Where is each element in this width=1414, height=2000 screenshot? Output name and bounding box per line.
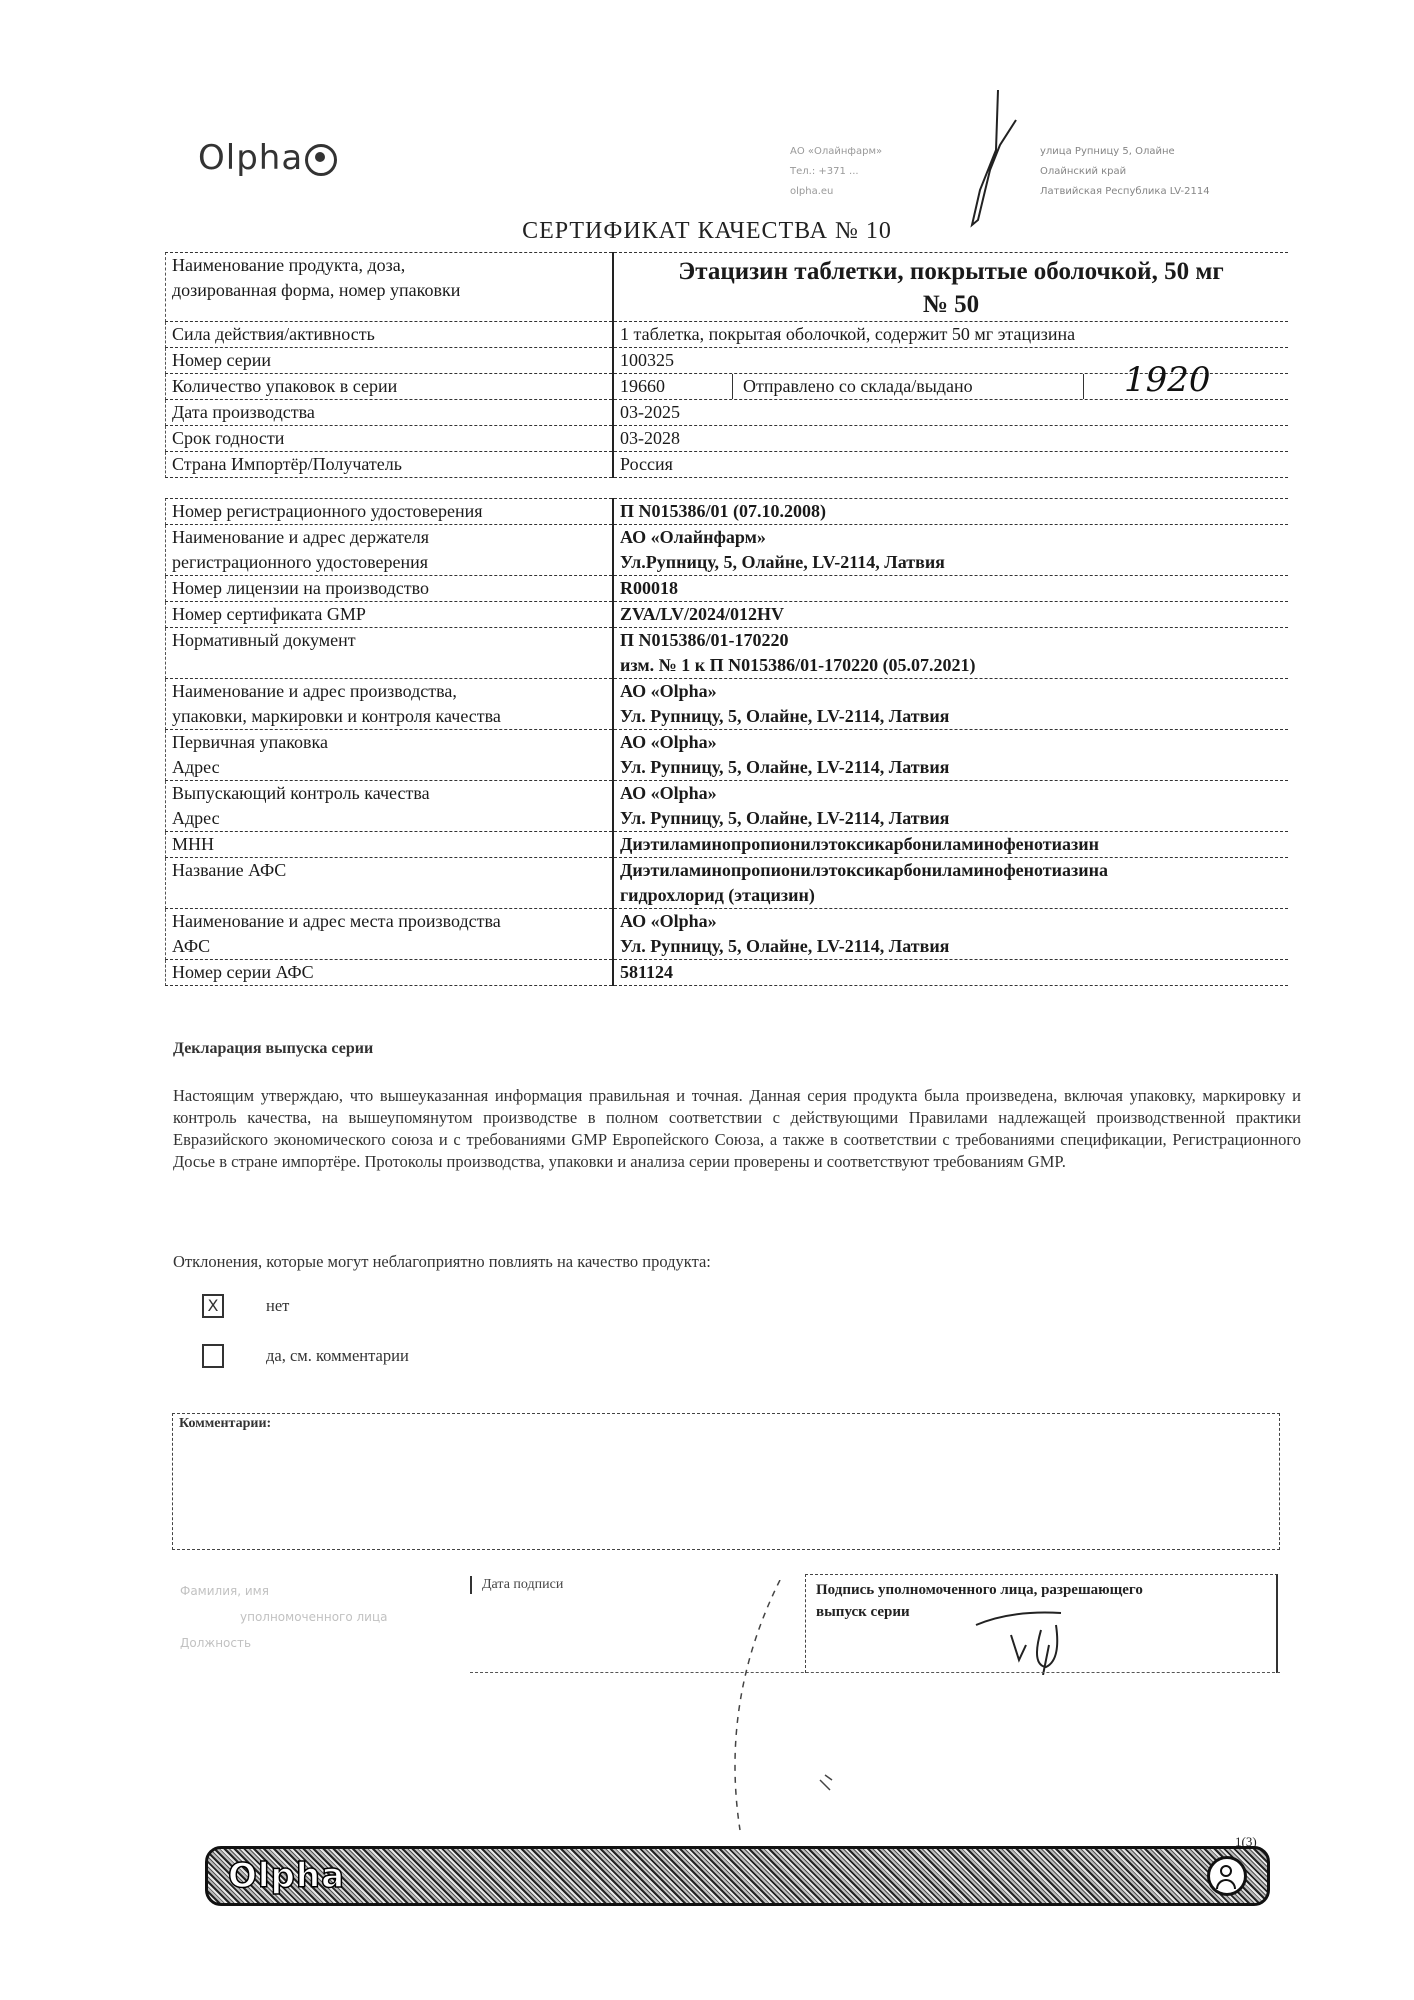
- logo-text: Olpha: [198, 138, 303, 178]
- cell-label-line: Наименование и адрес места производства: [172, 909, 606, 934]
- cell-label: Номер сертификата GMP: [166, 602, 614, 628]
- cell-value: АО «Olpha» Ул. Рупницу, 5, Олайне, LV-21…: [613, 679, 1288, 730]
- cell-value-line: 581124: [620, 960, 1282, 985]
- table-row: Название АФС Диэтиламинопропионилэтоксик…: [166, 858, 1289, 909]
- cell-label-line: Наименование и адрес производства,: [172, 679, 606, 704]
- table-row: Наименование и адрес держателя регистрац…: [166, 525, 1289, 576]
- cell-label-line: Наименование и адрес держателя: [172, 525, 606, 550]
- signer-name-block: Фамилия, имя уполномоченного лица Должно…: [180, 1578, 388, 1656]
- deviations-question: Отклонения, которые могут неблагоприятно…: [173, 1252, 711, 1272]
- cell-value: Диэтиламинопропионилэтоксикарбониламиноф…: [613, 858, 1288, 909]
- cell-value: № 50: [620, 288, 1282, 321]
- registration-info-table: Номер регистрационного удостоверения П N…: [165, 498, 1288, 986]
- handwritten-signature-icon: [971, 1605, 1091, 1675]
- cell-value-line: Диэтиламинопропионилэтоксикарбониламиноф…: [620, 858, 1282, 883]
- cell-label-line: АФС: [172, 934, 606, 959]
- declaration-title: Декларация выпуска серии: [173, 1040, 373, 1058]
- cell-value: АО «Olpha» Ул. Рупницу, 5, Олайне, LV-21…: [613, 730, 1288, 781]
- cell-label-line: Номер регистрационного удостоверения: [172, 499, 606, 524]
- cell-value: 03-2025: [613, 400, 1288, 426]
- cell-value: 03-2028: [613, 426, 1288, 452]
- cell-value-line: П N015386/01 (07.10.2008): [620, 499, 1282, 524]
- quantity-cell: 19660 Отправлено со склада/выдано 1920: [613, 374, 1288, 400]
- cell-label-line: Выпускающий контроль качества: [172, 781, 606, 806]
- cell-label: Номер серии: [166, 348, 614, 374]
- cell-label: дозированная форма, номер упаковки: [172, 278, 606, 303]
- table-row: Наименование и адрес производства, упако…: [166, 679, 1289, 730]
- comments-label: Комментарии:: [179, 1416, 271, 1432]
- table-row: Дата производства 03-2025: [166, 400, 1289, 426]
- header-address-line: Олайнский край: [1040, 162, 1210, 182]
- product-label-cell: Наименование продукта, доза, дозированна…: [166, 253, 614, 322]
- cell-value: АО «Олайнфарм» Ул.Рупницу, 5, Олайне, LV…: [613, 525, 1288, 576]
- signer-line: Фамилия, имя: [180, 1578, 388, 1604]
- user-icon: [1207, 1856, 1247, 1896]
- cell-value: R00018: [613, 576, 1288, 602]
- header-signature-icon: [960, 90, 1020, 230]
- cell-label-line: упаковки, маркировки и контроля качества: [172, 704, 606, 729]
- header-address-line: улица Рупницу 5, Олайне: [1040, 142, 1210, 162]
- cell-value: 1 таблетка, покрытая оболочкой, содержит…: [613, 322, 1288, 348]
- header-address-line: Латвийская Республика LV-2114: [1040, 182, 1210, 202]
- cell-label: Выпускающий контроль качества Адрес: [166, 781, 614, 832]
- deviation-option-yes[interactable]: да, см. комментарии: [202, 1344, 409, 1368]
- cell-label-line: регистрационного удостоверения: [172, 550, 606, 575]
- deviation-option-no[interactable]: X нет: [202, 1294, 289, 1318]
- cell-label-line: МНН: [172, 832, 606, 857]
- shipped-label: Отправлено со склада/выдано: [732, 374, 1084, 399]
- table-row: Выпускающий контроль качества Адрес АО «…: [166, 781, 1289, 832]
- cell-label: Наименование и адрес места производства …: [166, 909, 614, 960]
- cell-label-line: Номер сертификата GMP: [172, 602, 606, 627]
- cell-value-line: Ул. Рупницу, 5, Олайне, LV-2114, Латвия: [620, 806, 1282, 831]
- cell-label: Страна Импортёр/Получатель: [166, 452, 614, 478]
- cell-value-line: Ул. Рупницу, 5, Олайне, LV-2114, Латвия: [620, 934, 1282, 959]
- table-row: Количество упаковок в серии 19660 Отправ…: [166, 374, 1289, 400]
- cell-label-line: Нормативный документ: [172, 628, 606, 653]
- company-logo: Olpha: [198, 138, 337, 178]
- cell-label: Первичная упаковка Адрес: [166, 730, 614, 781]
- table-row: Номер серии АФС 581124: [166, 960, 1289, 986]
- signer-line: уполномоченного лица: [180, 1604, 388, 1630]
- cell-label: Наименование продукта, доза,: [172, 253, 606, 278]
- table-row: МНН Диэтиламинопропионилэтоксикарбонилам…: [166, 832, 1289, 858]
- cell-label: Сила действия/активность: [166, 322, 614, 348]
- cell-value: АО «Olpha» Ул. Рупницу, 5, Олайне, LV-21…: [613, 909, 1288, 960]
- option-label: да, см. комментарии: [266, 1346, 409, 1366]
- checkbox-checked-icon[interactable]: X: [202, 1294, 224, 1318]
- header-contact-line: olpha.eu: [790, 182, 882, 202]
- cell-label: Название АФС: [166, 858, 614, 909]
- comments-field[interactable]: Комментарии:: [172, 1413, 1280, 1550]
- cell-value-line: Диэтиламинопропионилэтоксикарбониламиноф…: [620, 832, 1282, 857]
- checkbox-empty-icon[interactable]: [202, 1344, 224, 1368]
- cell-label: Номер серии АФС: [166, 960, 614, 986]
- product-info-table: Наименование продукта, доза, дозированна…: [165, 252, 1288, 478]
- cell-label: Номер лицензии на производство: [166, 576, 614, 602]
- table-row: Срок годности 03-2028: [166, 426, 1289, 452]
- table-row: Номер лицензии на производство R00018: [166, 576, 1289, 602]
- cell-value: Этацизин таблетки, покрытые оболочкой, 5…: [620, 255, 1282, 288]
- table-row: Номер сертификата GMP ZVA/LV/2024/012HV: [166, 602, 1289, 628]
- cell-value-line: Ул. Рупницу, 5, Олайне, LV-2114, Латвия: [620, 755, 1282, 780]
- cell-label: МНН: [166, 832, 614, 858]
- cell-label: Нормативный документ: [166, 628, 614, 679]
- cell-value-line: Ул.Рупницу, 5, Олайне, LV-2114, Латвия: [620, 550, 1282, 575]
- footer-banner: Olpha: [205, 1846, 1270, 1906]
- cell-value-line: АО «Olpha»: [620, 730, 1282, 755]
- header-contact-block: АО «Олайнфарм» Тел.: +371 ... olpha.eu: [790, 142, 882, 202]
- cell-label-line: Первичная упаковка: [172, 730, 606, 755]
- cell-label-line: Адрес: [172, 755, 606, 780]
- cell-value-line: гидрохлорид (этацизин): [620, 883, 1282, 908]
- cell-value-line: АО «Олайнфарм»: [620, 525, 1282, 550]
- header-address-block: улица Рупницу 5, Олайне Олайнский край Л…: [1040, 142, 1210, 202]
- cell-label: Номер регистрационного удостоверения: [166, 499, 614, 525]
- declaration-text: Настоящим утверждаю, что вышеуказанная и…: [173, 1085, 1301, 1173]
- header-contact-line: Тел.: +371 ...: [790, 162, 882, 182]
- table-row: Номер регистрационного удостоверения П N…: [166, 499, 1289, 525]
- cell-label-line: Номер лицензии на производство: [172, 576, 606, 601]
- product-value-cell: Этацизин таблетки, покрытые оболочкой, 5…: [613, 253, 1288, 322]
- footer-brand: Olpha: [228, 1856, 345, 1896]
- table-row: Первичная упаковка Адрес АО «Olpha» Ул. …: [166, 730, 1289, 781]
- table-row: Наименование и адрес места производства …: [166, 909, 1289, 960]
- cell-value: АО «Olpha» Ул. Рупницу, 5, Олайне, LV-21…: [613, 781, 1288, 832]
- cell-label: Наименование и адрес держателя регистрац…: [166, 525, 614, 576]
- cell-value: ZVA/LV/2024/012HV: [613, 602, 1288, 628]
- cell-value: 581124: [613, 960, 1288, 986]
- cell-value: П N015386/01-170220 изм. № 1 к П N015386…: [613, 628, 1288, 679]
- cell-label-line: Адрес: [172, 806, 606, 831]
- cell-value: Россия: [613, 452, 1288, 478]
- olpha-logo-mark-icon: [305, 144, 337, 176]
- cell-value: Диэтиламинопропионилэтоксикарбониламиноф…: [613, 832, 1288, 858]
- table-row: Наименование продукта, доза, дозированна…: [166, 253, 1289, 322]
- cell-value-line: Ул. Рупницу, 5, Олайне, LV-2114, Латвия: [620, 704, 1282, 729]
- cell-value-line: АО «Olpha»: [620, 909, 1282, 934]
- cell-value-line: АО «Olpha»: [620, 781, 1282, 806]
- document-title: СЕРТИФИКАТ КАЧЕСТВА № 10: [0, 218, 1414, 245]
- header-contact-line: АО «Олайнфарм»: [790, 142, 882, 162]
- cell-value: П N015386/01 (07.10.2008): [613, 499, 1288, 525]
- cell-label: Срок годности: [166, 426, 614, 452]
- stamp-arc-icon: [700, 1580, 900, 1840]
- cell-value-line: изм. № 1 к П N015386/01-170220 (05.07.20…: [620, 653, 1282, 678]
- cell-value-line: П N015386/01-170220: [620, 628, 1282, 653]
- shipped-handwritten-value: 1920: [1084, 368, 1282, 393]
- cell-label-line: Название АФС: [172, 858, 606, 883]
- table-row: Сила действия/активность 1 таблетка, пок…: [166, 322, 1289, 348]
- cell-label: Дата производства: [166, 400, 614, 426]
- table-row: Нормативный документ П N015386/01-170220…: [166, 628, 1289, 679]
- signer-line: Должность: [180, 1630, 388, 1656]
- cell-value-line: R00018: [620, 576, 1282, 601]
- cell-value-line: АО «Olpha»: [620, 679, 1282, 704]
- cell-value-line: ZVA/LV/2024/012HV: [620, 602, 1282, 627]
- signature-date-label: Дата подписи: [470, 1576, 563, 1594]
- cell-label: Количество упаковок в серии: [166, 374, 614, 400]
- cell-value: 19660: [620, 374, 732, 399]
- cell-label-line: Номер серии АФС: [172, 960, 606, 985]
- table-row: Страна Импортёр/Получатель Россия: [166, 452, 1289, 478]
- cell-label: Наименование и адрес производства, упако…: [166, 679, 614, 730]
- option-label: нет: [266, 1296, 289, 1316]
